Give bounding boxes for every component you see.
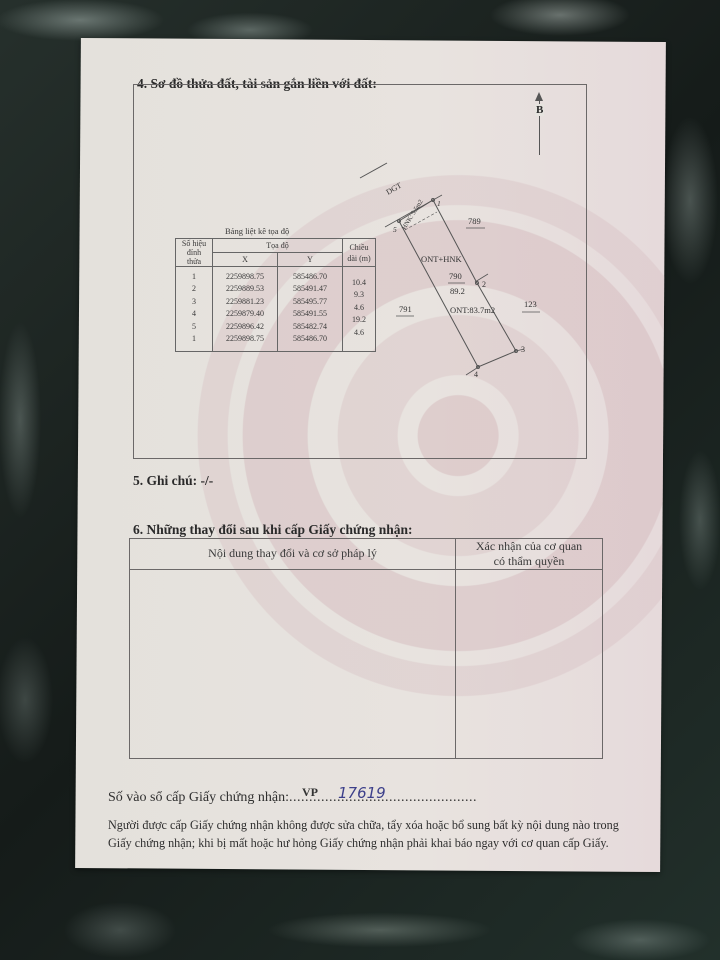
registry-line: Số vào sổ cấp Giấy chứng nhận:..........… xyxy=(108,790,477,806)
svg-text:790: 790 xyxy=(449,271,462,281)
warning-notice: Người được cấp Giấy chứng nhận không đượ… xyxy=(108,816,638,852)
svg-text:ONT+HNK: ONT+HNK xyxy=(421,254,463,264)
registry-number-handwritten: 17619 xyxy=(338,784,386,802)
changes-header-divider xyxy=(130,569,602,570)
changes-column-divider xyxy=(455,539,456,758)
certificate-content: 4. Sơ đồ thửa đất, tài sản gắn liền với … xyxy=(0,0,720,960)
section-6-title: 6. Những thay đổi sau khi cấp Giấy chứng… xyxy=(133,522,413,538)
svg-text:89.2: 89.2 xyxy=(450,286,465,296)
registry-label: Số vào sổ cấp Giấy chứng nhận: xyxy=(108,790,289,805)
svg-text:791: 791 xyxy=(399,304,412,314)
changes-col-content-header: Nội dung thay đổi và cơ sở pháp lý xyxy=(130,546,455,561)
svg-text:HNK: 5.5m2: HNK: 5.5m2 xyxy=(401,199,425,232)
confirm-header-line1: Xác nhận của cơ quan xyxy=(456,539,602,554)
svg-text:DGT: DGT xyxy=(385,181,404,197)
svg-text:4: 4 xyxy=(474,370,478,379)
svg-text:2: 2 xyxy=(482,280,486,289)
confirm-header-line2: có thẩm quyền xyxy=(456,554,602,569)
changes-col-confirm-header: Xác nhận của cơ quan có thẩm quyền xyxy=(456,539,602,569)
svg-text:789: 789 xyxy=(468,216,481,226)
registry-dots-after: .................... xyxy=(397,790,477,805)
svg-text:5: 5 xyxy=(393,225,397,234)
svg-text:1: 1 xyxy=(437,199,441,208)
registry-prefix: VP xyxy=(302,785,318,800)
svg-text:3: 3 xyxy=(521,345,525,354)
changes-table: Nội dung thay đổi và cơ sở pháp lý Xác n… xyxy=(129,538,603,759)
svg-text:ONT:83.7m2: ONT:83.7m2 xyxy=(450,305,495,315)
svg-text:123: 123 xyxy=(524,299,537,309)
section-5-note: 5. Ghi chú: -/- xyxy=(133,473,213,489)
